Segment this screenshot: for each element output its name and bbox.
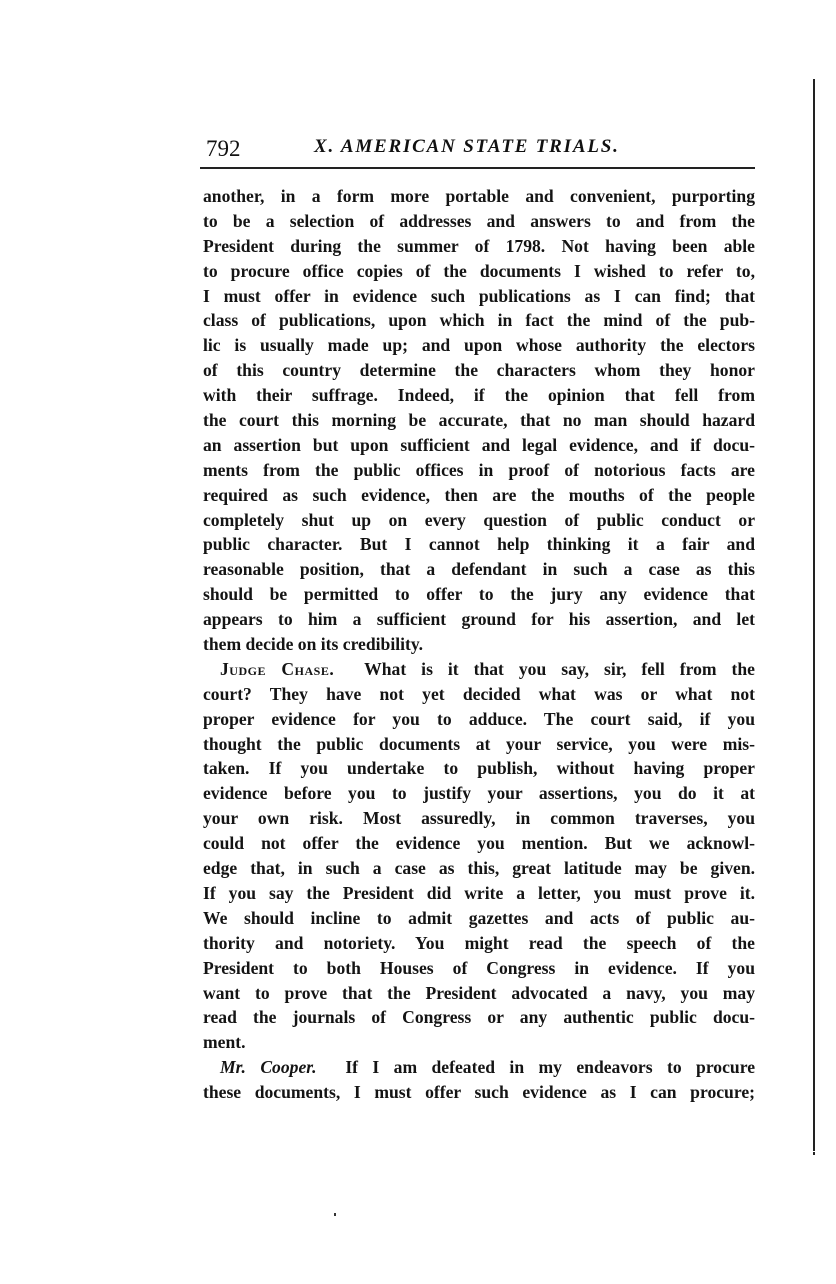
text-line: them decide on its credibility. xyxy=(203,632,755,657)
text-line: taken. If you undertake to publish, with… xyxy=(203,756,755,781)
text-line: required as such evidence, then are the … xyxy=(203,483,755,508)
text-line: We should incline to admit gazettes and … xyxy=(203,906,755,931)
text-line: another, in a form more portable and con… xyxy=(203,184,755,209)
text-line: proper evidence for you to adduce. The c… xyxy=(203,707,755,732)
text-line: these documents, I must offer such evide… xyxy=(203,1080,755,1105)
running-header: 792 X. AMERICAN STATE TRIALS. xyxy=(203,134,755,164)
text-line: public character. But I cannot help thin… xyxy=(203,532,755,557)
speech-text: If I am defeated in my endeavors to proc… xyxy=(345,1057,755,1077)
text-line: your own risk. Most assuredly, in common… xyxy=(203,806,755,831)
page-number: 792 xyxy=(206,136,241,162)
text-line: Judge Chase. What is it that you say, si… xyxy=(203,657,755,682)
text-line: appears to him a sufficient ground for h… xyxy=(203,607,755,632)
scan-speck xyxy=(334,1213,336,1216)
text-line: ment. xyxy=(203,1030,755,1055)
book-page: 792 X. AMERICAN STATE TRIALS. another, i… xyxy=(0,0,836,1284)
text-line: reasonable position, that a defendant in… xyxy=(203,557,755,582)
running-title: X. AMERICAN STATE TRIALS. xyxy=(314,136,620,158)
text-line: the court this morning be accurate, that… xyxy=(203,408,755,433)
header-rule xyxy=(200,167,755,169)
text-line: ments from the public offices in proof o… xyxy=(203,458,755,483)
speaker-name: Mr. Cooper. xyxy=(220,1057,317,1077)
text-line: should be permitted to offer to the jury… xyxy=(203,582,755,607)
text-line: lic is usually made up; and upon whose a… xyxy=(203,333,755,358)
text-line: If you say the President did write a let… xyxy=(203,881,755,906)
text-line: thority and notoriety. You might read th… xyxy=(203,931,755,956)
text-line: thought the public documents at your ser… xyxy=(203,732,755,757)
text-line: to procure office copies of the document… xyxy=(203,259,755,284)
text-line: with their suffrage. Indeed, if the opin… xyxy=(203,383,755,408)
text-line: I must offer in evidence such publicatio… xyxy=(203,284,755,309)
body-text: another, in a form more portable and con… xyxy=(203,184,755,1105)
text-line: read the journals of Congress or any aut… xyxy=(203,1005,755,1030)
paragraph: Judge Chase. What is it that you say, si… xyxy=(203,657,755,1055)
text-line: to be a selection of addresses and answe… xyxy=(203,209,755,234)
text-line: could not offer the evidence you mention… xyxy=(203,831,755,856)
paragraph: Mr. Cooper. If I am defeated in my endea… xyxy=(203,1055,755,1105)
scan-edge-dot xyxy=(813,1142,815,1145)
text-line: want to prove that the President advocat… xyxy=(203,981,755,1006)
text-line: edge that, in such a case as this, great… xyxy=(203,856,755,881)
text-line: of this country determine the characters… xyxy=(203,358,755,383)
text-line: completely shut up on every question of … xyxy=(203,508,755,533)
text-line: court? They have not yet decided what wa… xyxy=(203,682,755,707)
scan-edge-line xyxy=(813,79,815,1151)
text-line: President to both Houses of Congress in … xyxy=(203,956,755,981)
speaker-name: Judge Chase. xyxy=(220,659,334,679)
text-line: class of publications, upon which in fac… xyxy=(203,308,755,333)
paragraph: another, in a form more portable and con… xyxy=(203,184,755,657)
speech-text: What is it that you say, sir, fell from … xyxy=(364,659,755,679)
text-line: Mr. Cooper. If I am defeated in my endea… xyxy=(203,1055,755,1080)
text-line: an assertion but upon sufficient and leg… xyxy=(203,433,755,458)
text-line: evidence before you to justify your asse… xyxy=(203,781,755,806)
text-line: President during the summer of 1798. Not… xyxy=(203,234,755,259)
scan-edge-dot xyxy=(813,1137,815,1140)
scan-edge-dot xyxy=(813,1152,815,1155)
